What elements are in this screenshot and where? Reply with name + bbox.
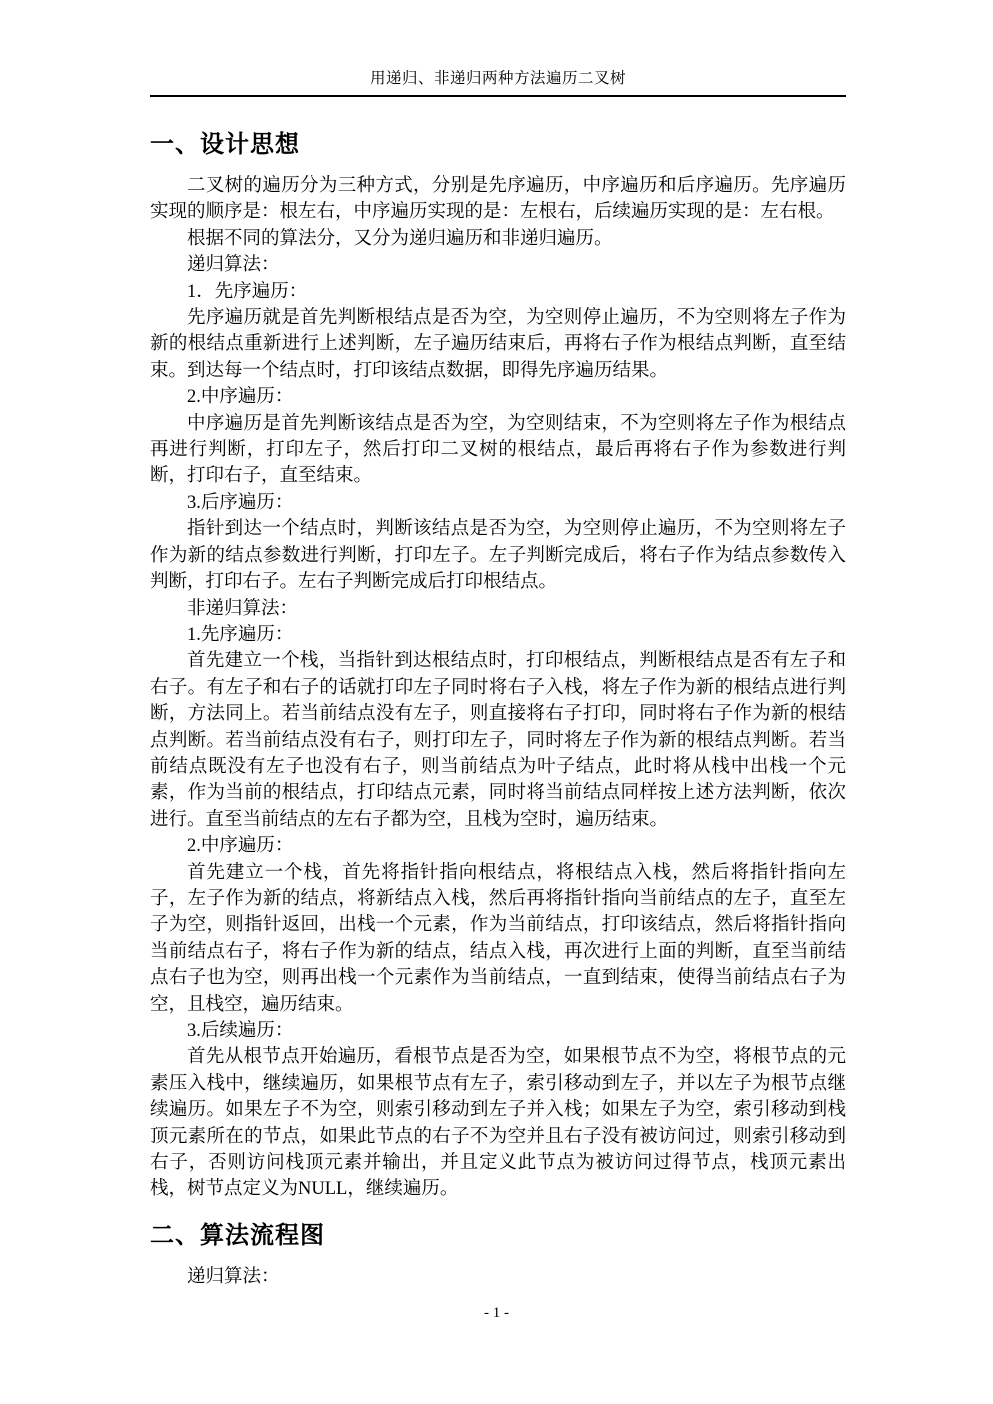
header-title: 用递归、非递归两种方法遍历二叉树 (370, 70, 626, 87)
label-nonrecursive-algorithm: 非递归算法： (150, 596, 846, 622)
label-nonrecursive-inorder: 2.中序遍历： (150, 833, 846, 859)
paragraph-nonrecursive-inorder: 首先建立一个栈，首先将指针指向根结点，将根结点入栈，然后将指针指向左子，左子作为… (150, 860, 846, 1018)
paragraph-traversal-overview: 二叉树的遍历分为三种方式，分别是先序遍历，中序遍历和后序遍历。先序遍历实现的顺序… (150, 173, 846, 226)
label-flowchart-recursive-algorithm: 递归算法： (150, 1264, 846, 1290)
label-nonrecursive-postorder: 3.后续遍历： (150, 1018, 846, 1044)
paragraph-nonrecursive-postorder: 首先从根节点开始遍历，看根节点是否为空，如果根节点不为空，将根节点的元素压入栈中… (150, 1044, 846, 1202)
paragraph-recursive-preorder: 先序遍历就是首先判断根结点是否为空，为空则停止遍历，不为空则将左子作为新的根结点… (150, 305, 846, 384)
section-heading-design-ideas: 一、设计思想 (150, 130, 846, 160)
page-footer: - 1 - (0, 1304, 993, 1322)
label-recursive-inorder: 2.中序遍历： (150, 384, 846, 410)
page-body-column: 用递归、非递归两种方法遍历二叉树 一、设计思想 二叉树的遍历分为三种方式，分别是… (150, 70, 846, 1290)
section-heading-flowchart: 二、算法流程图 (150, 1221, 846, 1251)
page-header: 用递归、非递归两种方法遍历二叉树 (150, 70, 846, 97)
label-recursive-postorder: 3.后序遍历： (150, 490, 846, 516)
label-recursive-algorithm: 递归算法： (150, 252, 846, 278)
page-number: - 1 - (484, 1305, 509, 1321)
paragraph-recursive-inorder: 中序遍历是首先判断该结点是否为空，为空则结束，不为空则将左子作为根结点再进行判断… (150, 411, 846, 490)
document-page: 用递归、非递归两种方法遍历二叉树 一、设计思想 二叉树的遍历分为三种方式，分别是… (0, 0, 993, 1404)
paragraph-recursive-postorder: 指针到达一个结点时，判断该结点是否为空，为空则停止遍历，不为空则将左子作为新的结… (150, 516, 846, 595)
paragraph-algorithm-classes: 根据不同的算法分，又分为递归遍历和非递归遍历。 (150, 226, 846, 252)
label-nonrecursive-preorder: 1.先序遍历： (150, 622, 846, 648)
label-recursive-preorder: 1．先序遍历： (150, 279, 846, 305)
paragraph-nonrecursive-preorder: 首先建立一个栈，当指针到达根结点时，打印根结点，判断根结点是否有左子和右子。有左… (150, 648, 846, 833)
